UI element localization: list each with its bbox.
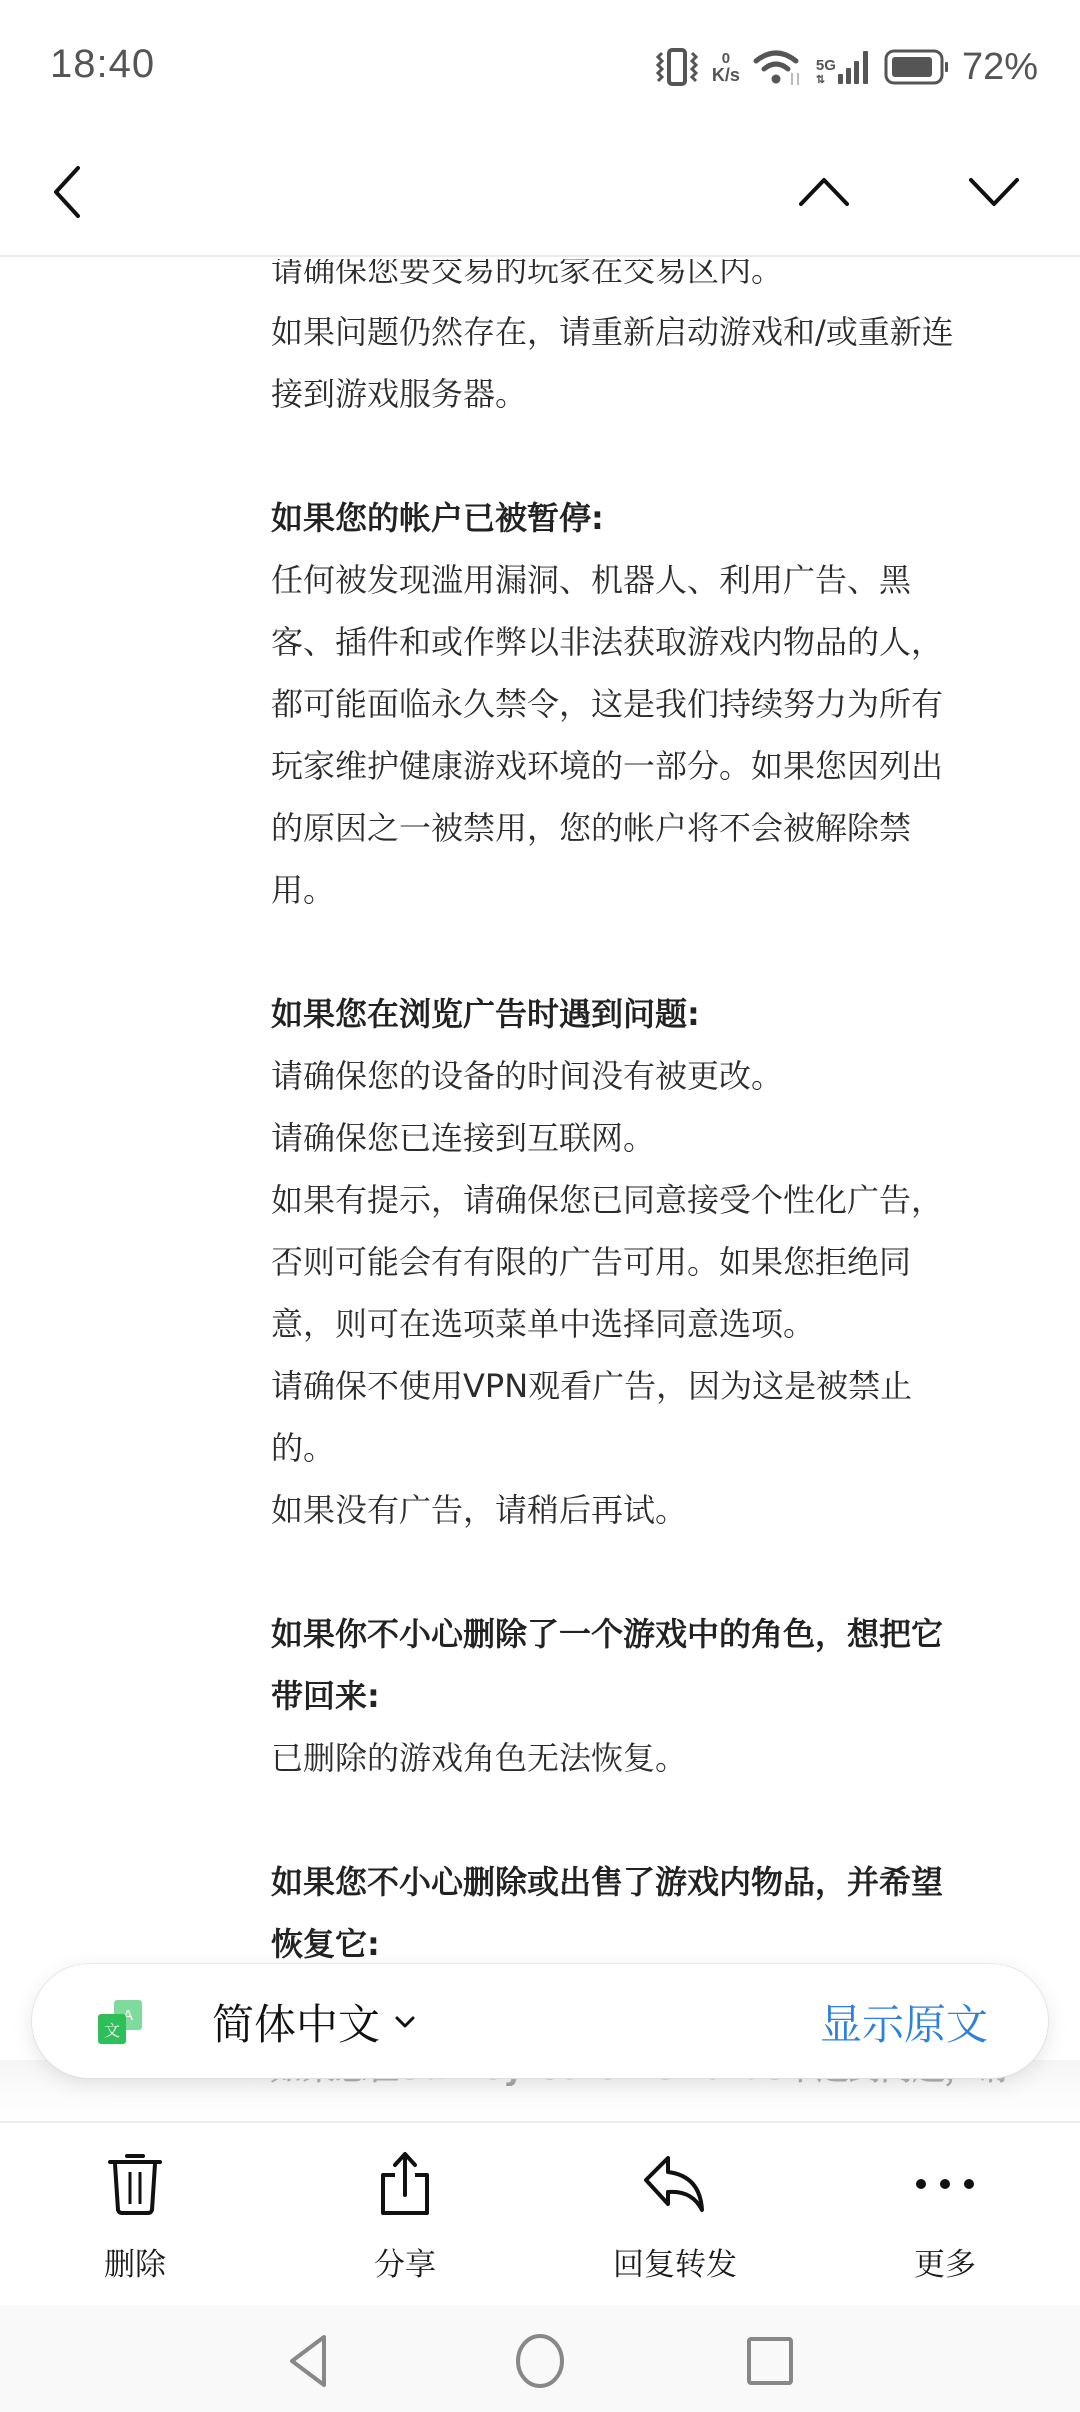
paragraph-gap (271, 1541, 1011, 1603)
delete-button[interactable]: 删除 (0, 2123, 270, 2305)
chevron-down-icon (394, 2015, 416, 2029)
body-line: 如果问题仍然存在，请重新启动游戏和/或重新连 (271, 301, 1011, 363)
vibrate-icon (654, 47, 700, 87)
status-icons: 0 K/s 5G ⇅ 72% (654, 44, 1038, 90)
nav-recents-button[interactable] (740, 2331, 800, 2391)
language-selector[interactable]: 简体中文 (212, 1992, 416, 2052)
more-button[interactable]: 更多 (810, 2123, 1080, 2305)
previous-message-button[interactable] (788, 156, 860, 228)
back-button[interactable] (32, 156, 104, 228)
body-line: 请确保不使用VPN观看广告，因为这是被禁止 (271, 1355, 1011, 1417)
body-line: 已删除的游戏角色无法恢复。 (271, 1727, 1011, 1789)
show-original-button[interactable]: 显示原文 (820, 1992, 988, 2052)
trash-icon (107, 2152, 163, 2216)
language-label: 简体中文 (212, 1992, 380, 2052)
message-body[interactable]: 请确保您要交易的玩家在交易区内。 如果问题仍然存在，请重新启动游戏和/或重新连 … (0, 259, 1080, 2122)
chevron-up-icon (797, 174, 851, 210)
section-heading: 如果你不小心删除了一个游戏中的角色，想把它 (271, 1603, 1011, 1665)
section-heading: 带回来: (271, 1665, 1011, 1727)
paragraph-gap (271, 1789, 1011, 1851)
net-speed: 0 K/s (712, 51, 740, 84)
body-line: 请确保您要交易的玩家在交易区内。 (271, 259, 1011, 301)
paragraph-gap (271, 921, 1011, 983)
section-heading: 如果您的帐户已被暂停: (271, 487, 1011, 549)
system-nav-bar (0, 2305, 1080, 2412)
section-heading: 如果您不小心删除或出售了游戏内物品，并希望 (271, 1851, 1011, 1913)
svg-text:文: 文 (104, 2021, 120, 2040)
body-line: 的原因之一被禁用，您的帐户将不会被解除禁 (271, 797, 1011, 859)
cellular-signal-icon: 5G ⇅ (816, 48, 872, 86)
nav-home-button[interactable] (510, 2331, 570, 2391)
body-line: 的。 (271, 1417, 1011, 1479)
body-line: 任何被发现滥用漏洞、机器人、利用广告、黑 (271, 549, 1011, 611)
nav-back-button[interactable] (278, 2331, 338, 2391)
nav-back-icon (286, 2334, 330, 2388)
net-speed-unit: K/s (712, 66, 740, 84)
body-line: 如果没有广告，请稍后再试。 (271, 1479, 1011, 1541)
translate-icon: A 文 (96, 1998, 144, 2046)
paragraph-gap (271, 425, 1011, 487)
battery-icon (884, 48, 950, 86)
body-line: 客、插件和或作弊以非法获取游戏内物品的人， (271, 611, 1011, 673)
share-label: 分享 (374, 2239, 436, 2284)
body-line: 用。 (271, 859, 1011, 921)
share-button[interactable]: 分享 (270, 2123, 540, 2305)
section-heading: 如果您在浏览广告时遇到问题: (271, 983, 1011, 1045)
wifi-icon (752, 47, 804, 87)
body-line: 都可能面临永久禁令，这是我们持续努力为所有 (271, 673, 1011, 735)
more-icon (915, 2176, 975, 2192)
body-line: 否则可能会有有限的广告可用。如果您拒绝同 (271, 1231, 1011, 1293)
reply-icon (640, 2154, 710, 2214)
body-line: 玩家维护健康游戏环境的一部分。如果您因列出 (271, 735, 1011, 797)
reply-forward-label: 回复转发 (613, 2239, 737, 2284)
body-line: 请确保您已连接到互联网。 (271, 1107, 1011, 1169)
message-header (0, 130, 1080, 257)
body-line: 接到游戏服务器。 (271, 363, 1011, 425)
body-line: 如果有提示，请确保您已同意接受个性化广告， (271, 1169, 1011, 1231)
chevron-down-icon (967, 174, 1021, 210)
reply-forward-button[interactable]: 回复转发 (540, 2123, 810, 2305)
net-speed-value: 0 (722, 51, 730, 66)
nav-recents-icon (746, 2336, 794, 2386)
translate-bar: A 文 简体中文 显示原文 (32, 1964, 1048, 2078)
body-line: 请确保您的设备的时间没有被更改。 (271, 1045, 1011, 1107)
chevron-left-icon (48, 164, 88, 220)
status-time: 18:40 (50, 42, 155, 87)
share-icon (377, 2151, 433, 2217)
next-message-button[interactable] (958, 156, 1030, 228)
battery-percent: 72% (962, 46, 1038, 89)
article-text: 请确保您要交易的玩家在交易区内。 如果问题仍然存在，请重新启动游戏和/或重新连 … (271, 259, 1011, 2099)
bottom-toolbar: 删除 分享 回复转发 更多 (0, 2121, 1080, 2305)
network-type: 5G (816, 58, 836, 74)
nav-home-icon (515, 2333, 565, 2389)
body-line: 意，则可在选项菜单中选择同意选项。 (271, 1293, 1011, 1355)
delete-label: 删除 (104, 2239, 166, 2284)
more-label: 更多 (914, 2239, 976, 2284)
status-bar: 18:40 0 K/s 5G ⇅ 72% (0, 0, 1080, 130)
